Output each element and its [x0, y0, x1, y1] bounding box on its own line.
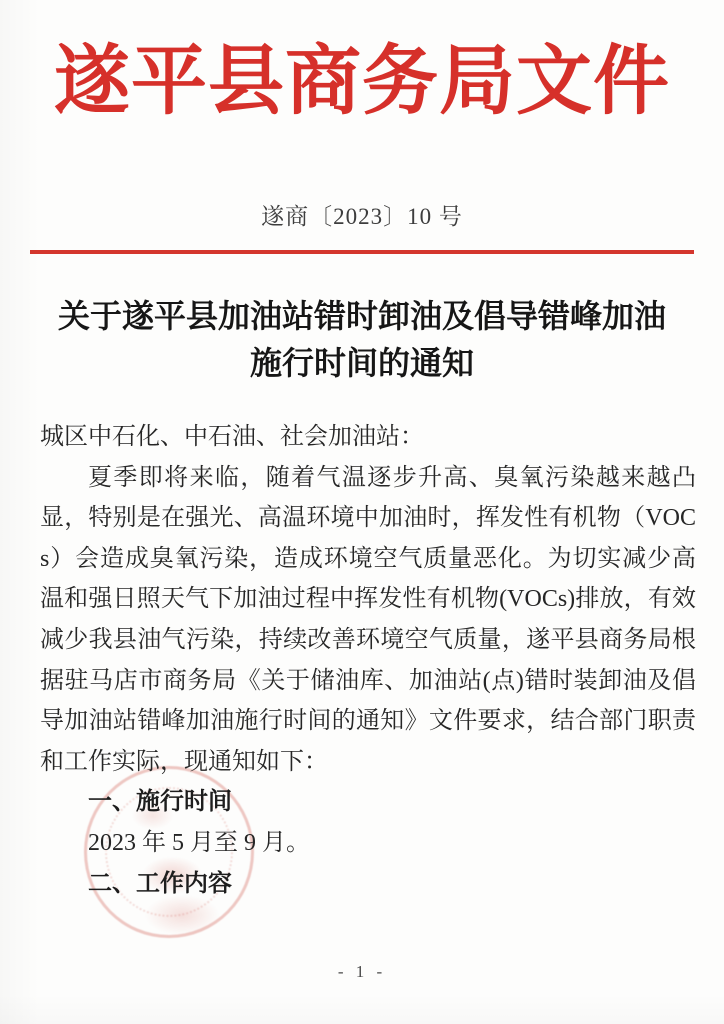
- document-number: 遂商〔2023〕10 号: [0, 202, 724, 232]
- document-title: 关于遂平县加油站错时卸油及倡导错峰加油 施行时间的通知: [0, 293, 724, 387]
- section-2-heading: 二、工作内容: [40, 864, 696, 905]
- document-letterhead: 遂平县商务局文件: [0, 0, 724, 134]
- section-1-heading: 一、施行时间: [40, 782, 696, 823]
- document-title-line2: 施行时间的通知: [0, 340, 724, 387]
- body-paragraph: 夏季即将来临，随着气温逐步升高、臭氧污染越来越凸显，特别是在强光、高温环境中加油…: [40, 458, 696, 783]
- document-body: 城区中石化、中石油、社会加油站： 夏季即将来临，随着气温逐步升高、臭氧污染越来越…: [40, 417, 696, 904]
- red-divider-rule: [30, 250, 694, 254]
- document-title-line1: 关于遂平县加油站错时卸油及倡导错峰加油: [0, 293, 724, 340]
- salutation-line: 城区中石化、中石油、社会加油站：: [40, 417, 696, 458]
- agency-title: 遂平县商务局文件: [0, 30, 724, 134]
- page-number: - 1 -: [0, 962, 724, 982]
- section-1-body: 2023 年 5 月至 9 月。: [40, 823, 696, 864]
- document-page: 遂平县商务局文件 遂商〔2023〕10 号 关于遂平县加油站错时卸油及倡导错峰加…: [0, 0, 724, 1024]
